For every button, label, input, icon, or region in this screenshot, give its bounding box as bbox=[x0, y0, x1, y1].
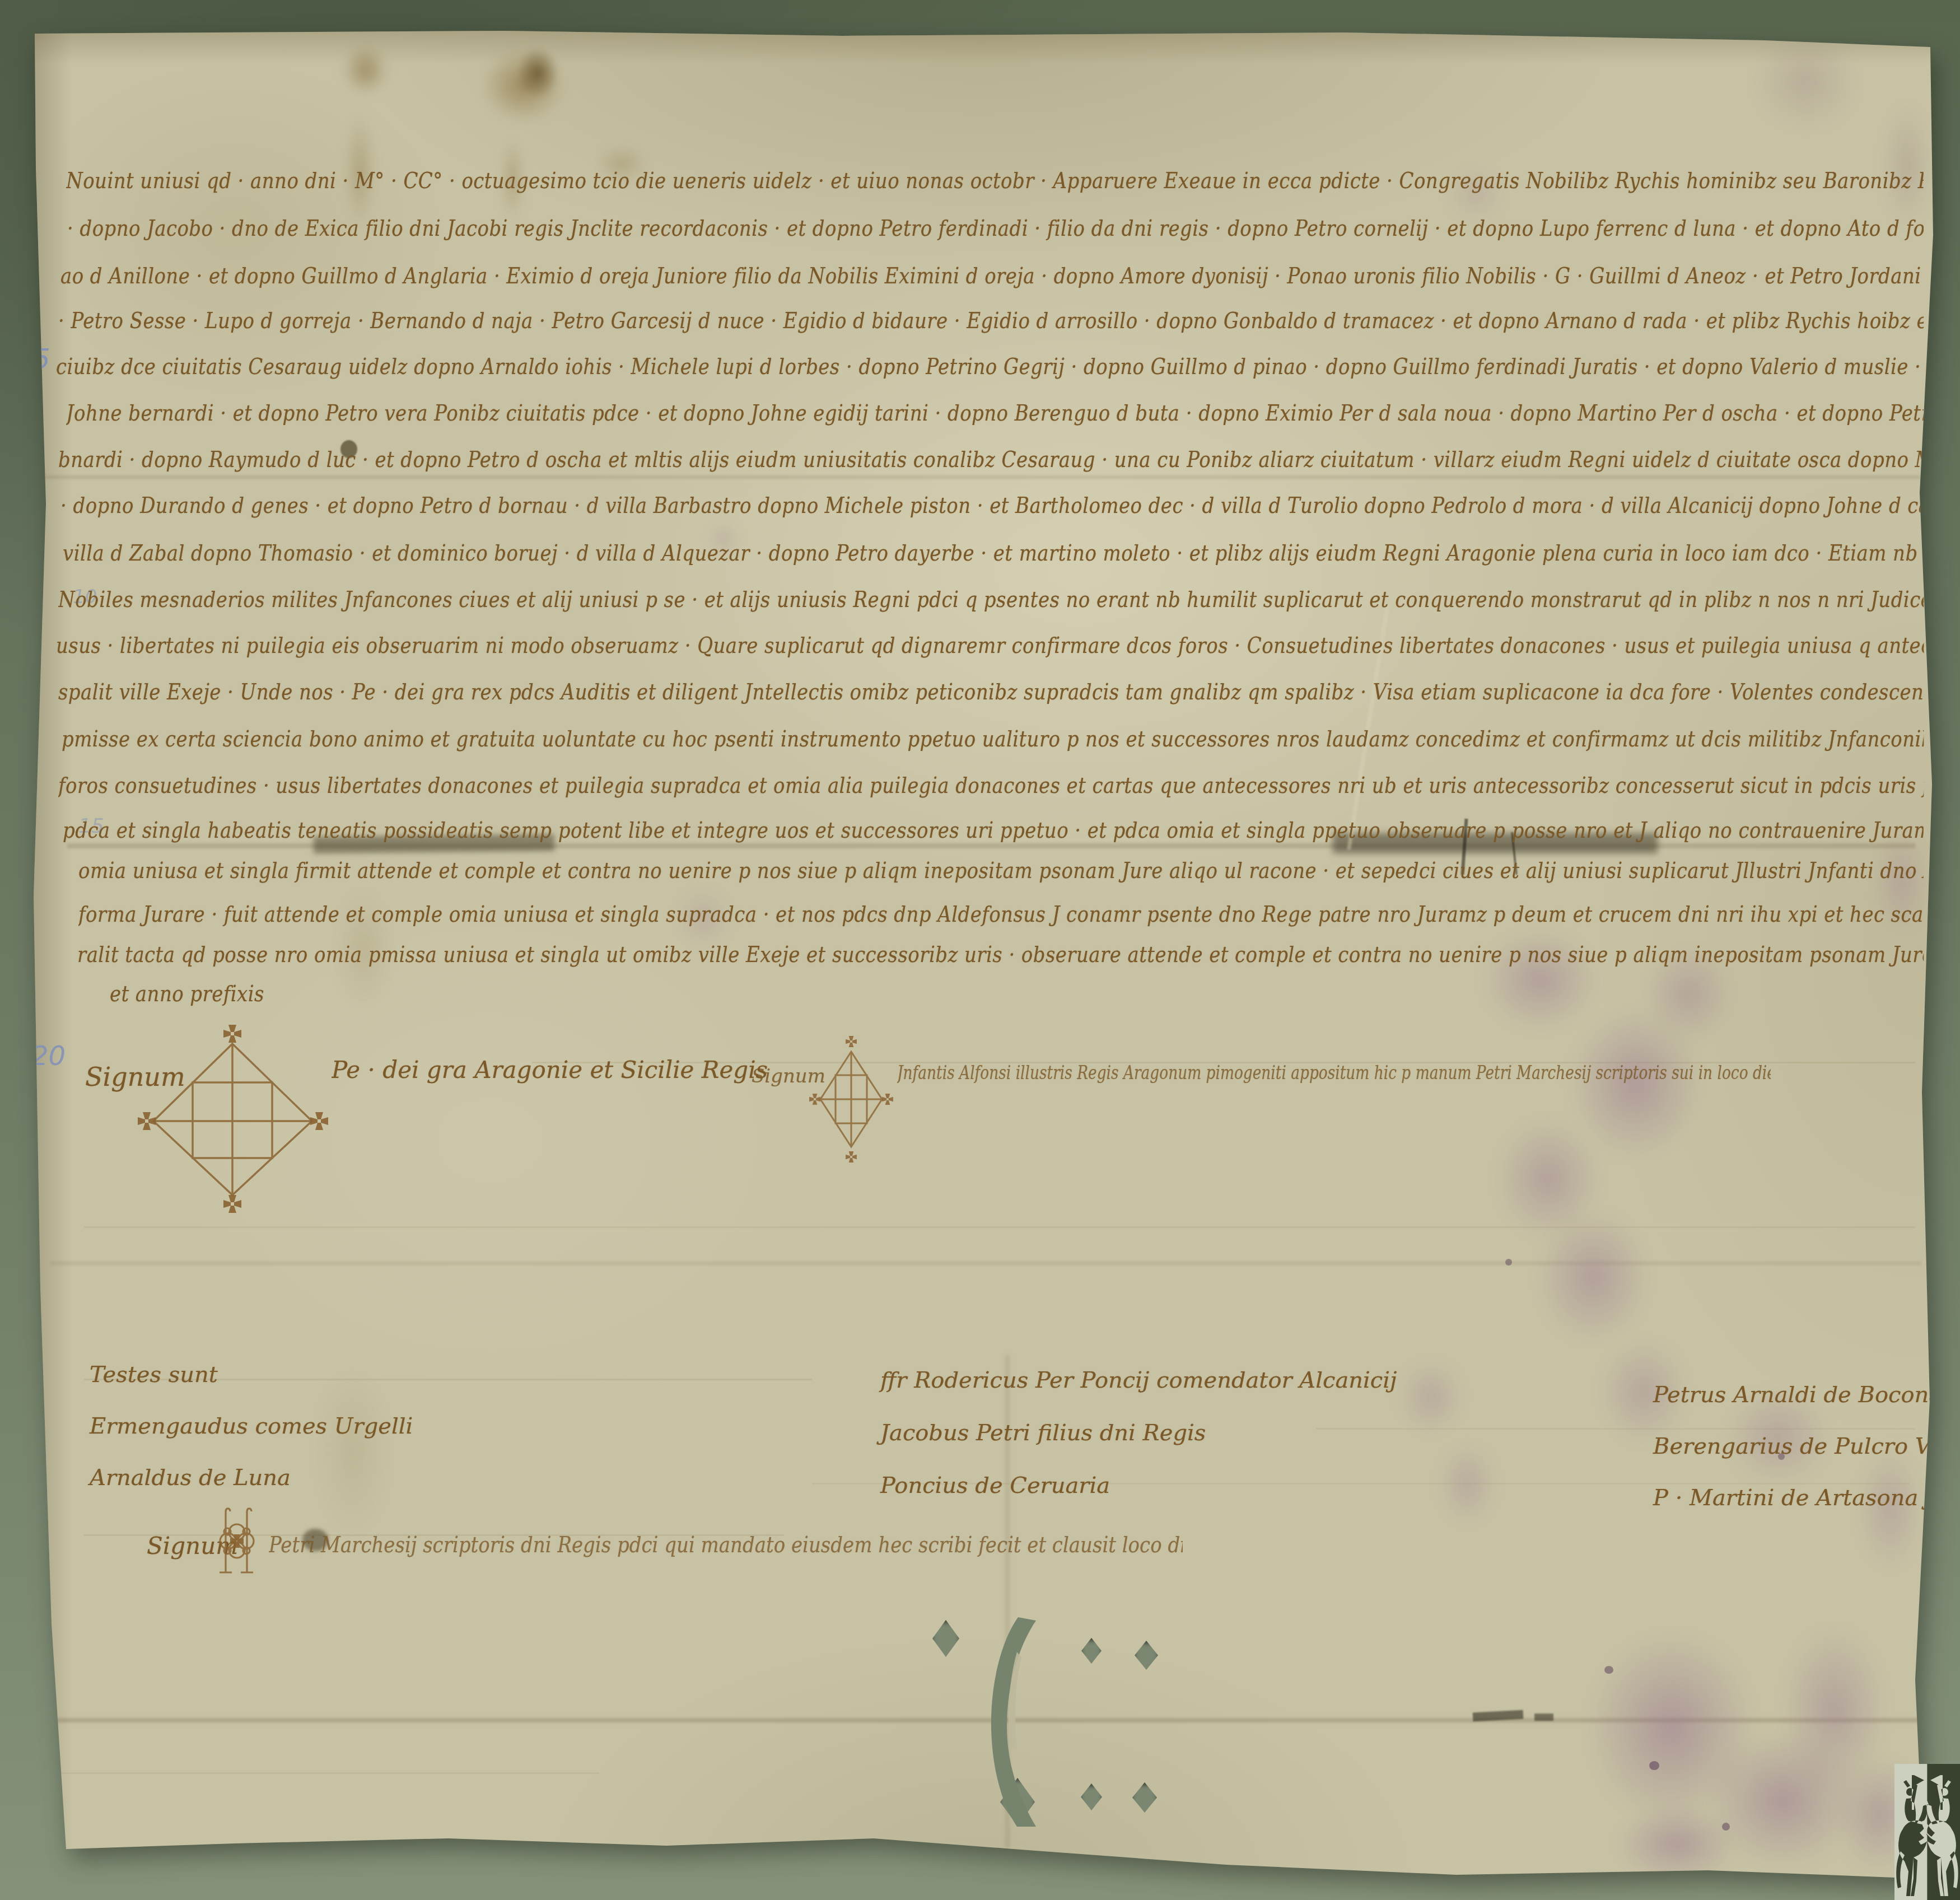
scribe-signum-knot-icon bbox=[212, 1506, 262, 1579]
mold-stain bbox=[1425, 1425, 1509, 1543]
fold-crease-dirt bbox=[1473, 1710, 1524, 1722]
mold-stain bbox=[1590, 1786, 1764, 1900]
manuscript-line: ciuibz dce ciuitatis Cesaraug uidelz dop… bbox=[56, 354, 1924, 386]
fold-crease bbox=[50, 1262, 1921, 1265]
brown-stain bbox=[333, 35, 398, 105]
manuscript-line: spalit ville Exeje · Unde nos · Pe · dei… bbox=[58, 679, 1924, 712]
photograph-of-charter: 5 10 15 20 Nouint uniusi qd · anno dni ·… bbox=[0, 0, 1960, 1900]
archive-watermark-logo bbox=[1894, 1764, 1960, 1900]
witness-name: Ermengaudus comes Urgelli bbox=[90, 1413, 413, 1439]
ruling-line bbox=[39, 1772, 599, 1774]
manuscript-line: usus · libertates ni puilegia eis obseru… bbox=[56, 633, 1924, 665]
brown-stain bbox=[465, 34, 582, 137]
witness-name: Petrus Arnaldi de Boconacho bbox=[1653, 1382, 1960, 1408]
manuscript-line: foros consuetudines · usus libertates do… bbox=[58, 773, 1924, 805]
manuscript-line: omia uniusa et singla firmit attende et … bbox=[78, 858, 1924, 890]
brown-stain-core bbox=[510, 39, 566, 106]
manuscript-line: · dopno Durando d genes · et dopno Petro… bbox=[60, 493, 1924, 525]
witness-name: ffr Rodericus Per Poncij comendator Alca… bbox=[880, 1367, 1397, 1393]
manuscript-line: Johne bernardi · et dopno Petro vera Pon… bbox=[66, 400, 1924, 433]
witness-name: Berengarius de Pulcro Viso bbox=[1653, 1434, 1960, 1459]
mold-speck bbox=[1505, 1259, 1512, 1266]
ruling-line bbox=[1316, 1428, 1915, 1430]
manuscript-line: ralit tacta qd posse nro omia pmissa uni… bbox=[77, 942, 1924, 974]
fold-crease bbox=[39, 1718, 1921, 1722]
seal-hole bbox=[1081, 1784, 1102, 1810]
mold-speck bbox=[1604, 1666, 1613, 1674]
margin-line-number: 5 bbox=[32, 343, 50, 375]
royal-signum-caption: Pe · dei gra Aragonie et Sicilie Regis bbox=[332, 1056, 791, 1084]
edge-shadow-left bbox=[32, 31, 72, 1851]
seal-hole bbox=[1081, 1638, 1102, 1664]
manuscript-line: ao d Anillone · et dopno Guillmo d Angla… bbox=[60, 263, 1924, 296]
mold-stain bbox=[1383, 1344, 1478, 1450]
ruling-line bbox=[84, 1226, 1915, 1228]
manuscript-line: villa d Zabal dopno Thomasio · et domini… bbox=[63, 540, 1924, 573]
manuscript-line: bnardi · dopno Raymudo d luc · et dopno … bbox=[58, 447, 1924, 479]
mold-speck bbox=[1649, 1761, 1659, 1770]
manuscript-line: Nouint uniusi qd · anno dni · M° · CC° ·… bbox=[66, 168, 1924, 200]
infante-signum-lozenge-icon bbox=[809, 1035, 893, 1164]
manuscript-line: forma Jurare · fuit attende et comple om… bbox=[78, 902, 1924, 934]
scribe-caption: Petri Marchesij scriptoris dni Regis pdc… bbox=[269, 1532, 1183, 1558]
mold-stain bbox=[1512, 1182, 1674, 1372]
manuscript-line: pdca et singla habeatis teneatis posside… bbox=[63, 818, 1924, 850]
infante-signum-caption: Jnfantis Alfonsi illustris Regis Aragonu… bbox=[897, 1062, 1771, 1084]
parchment-tear bbox=[984, 1617, 1047, 1830]
mold-stain bbox=[1551, 1590, 1792, 1865]
edge-shadow-top bbox=[34, 31, 1932, 64]
mold-stain bbox=[1758, 1590, 1910, 1831]
parchment-sheet: 5 10 15 20 Nouint uniusi qd · anno dni ·… bbox=[0, 0, 1960, 1900]
margin-line-number: 20 bbox=[31, 1040, 66, 1072]
witness-name: Testes sunt bbox=[90, 1362, 218, 1388]
seal-hole bbox=[932, 1620, 959, 1657]
parchment-wrapper: 5 10 15 20 Nouint uniusi qd · anno dni ·… bbox=[0, 0, 1960, 1900]
mold-stain bbox=[1473, 1092, 1624, 1266]
manuscript-line: · dopno Jacobo · dno de Exica filio dni … bbox=[67, 216, 1924, 248]
mold-speck bbox=[1722, 1823, 1730, 1831]
witness-name: Arnaldus de Luna bbox=[90, 1465, 291, 1491]
witness-name: P · Martini de Artasona Justicie Aragon bbox=[1653, 1485, 1960, 1511]
royal-signum-lozenge-icon bbox=[141, 1027, 326, 1212]
fold-crease-dirt bbox=[1534, 1714, 1553, 1721]
manuscript-line: Nobiles mesnaderios milites Jnfancones c… bbox=[58, 587, 1924, 619]
mold-stain bbox=[1674, 1702, 1893, 1898]
seal-hole bbox=[1132, 1782, 1157, 1813]
manuscript-line: · Petro Sesse · Lupo d gorreja · Bernand… bbox=[58, 308, 1924, 340]
mold-stain bbox=[1730, 11, 1882, 151]
manuscript-line: et anno prefixis bbox=[110, 981, 1924, 1014]
witness-name: Jacobus Petri filius dni Regis bbox=[880, 1420, 1206, 1446]
witness-name: Poncius de Ceruaria bbox=[880, 1473, 1110, 1498]
manuscript-line: pmisse ex certa sciencia bono animo et g… bbox=[62, 726, 1924, 759]
seal-hole bbox=[1135, 1641, 1158, 1670]
